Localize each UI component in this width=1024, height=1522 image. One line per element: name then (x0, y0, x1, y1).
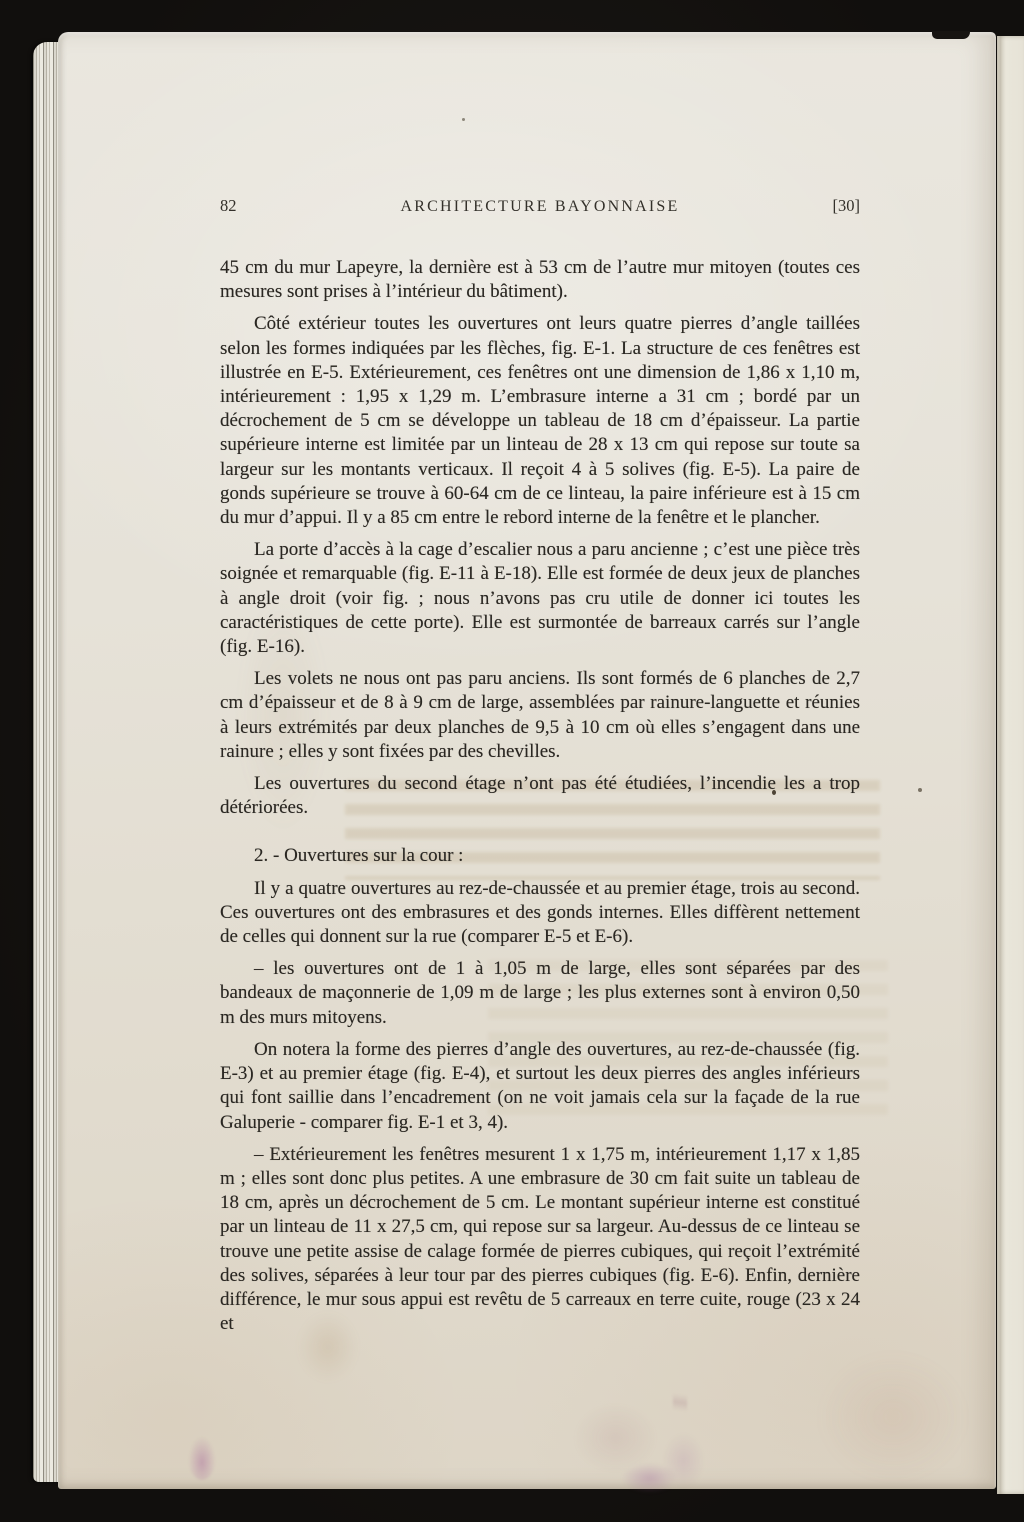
paragraph: 45 cm du mur Lapeyre, la dernière est à … (220, 256, 860, 304)
paragraph: On notera la forme des pierres d’angle d… (220, 1038, 860, 1135)
paragraph: Côté extérieur toutes les ouvertures ont… (220, 312, 860, 530)
paragraph: Les ouvertures du second étage n’ont pas… (220, 772, 860, 820)
paragraph: La porte d’accès à la cage d’escalier no… (220, 538, 860, 659)
page-number: 82 (220, 196, 310, 216)
paragraph: Les volets ne nous ont pas paru anciens.… (220, 667, 860, 764)
issue-number: [30] (770, 196, 860, 216)
section-heading: 2. - Ouvertures sur la cour : (220, 844, 860, 868)
paper-stain (818, 1352, 968, 1482)
paper-speck (462, 118, 465, 121)
paragraph: – Extérieurement les fenêtres mesurent 1… (220, 1143, 860, 1337)
book-leaf-edges (33, 42, 61, 1482)
ink-stain (188, 1436, 216, 1480)
paragraph: Il y a quatre ouvertures au rez-de-chaus… (220, 877, 860, 950)
next-page-sliver (997, 36, 1024, 1494)
page-edge-tear (932, 31, 970, 39)
paper-speck (918, 788, 922, 792)
text-block: 45 cm du mur Lapeyre, la dernière est à … (220, 256, 860, 1336)
paragraph: – les ouvertures ont de 1 à 1,05 m de la… (220, 957, 860, 1030)
book-page: 82 ARCHITECTURE BAYONNAISE [30] 45 cm du… (58, 32, 996, 1489)
page-header: 82 ARCHITECTURE BAYONNAISE [30] (220, 196, 860, 217)
page-content: 82 ARCHITECTURE BAYONNAISE [30] 45 cm du… (220, 196, 860, 1336)
running-title: ARCHITECTURE BAYONNAISE (310, 197, 770, 217)
